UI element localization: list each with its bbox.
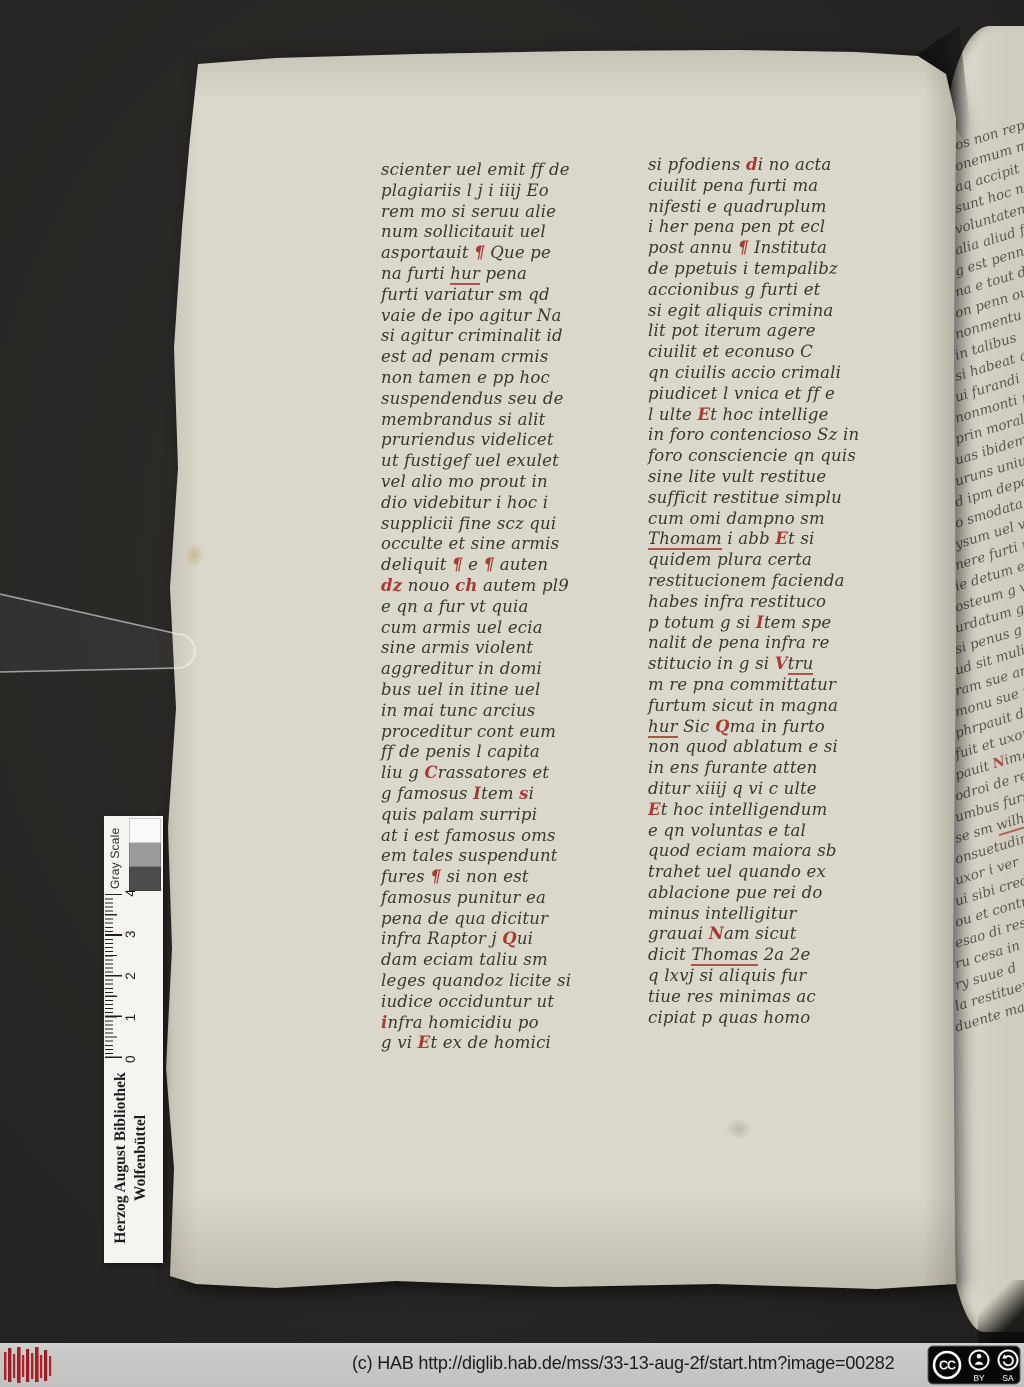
manuscript-line: si pfodiens di no acta bbox=[648, 155, 920, 176]
manuscript-line: aggreditur in domi bbox=[381, 659, 616, 680]
manuscript-line: lit pot iterum agere bbox=[648, 321, 920, 342]
institution-line1: Herzog August Bibliothek bbox=[111, 1057, 131, 1259]
manuscript-line: Et hoc intelligendum bbox=[648, 800, 920, 821]
manuscript-line: foro consciencie qn quis bbox=[648, 446, 920, 467]
gray-patch-white bbox=[129, 818, 161, 843]
manuscript-line: trahet uel quando ex bbox=[648, 862, 920, 883]
manuscript-line: infra Raptor j Qui bbox=[381, 929, 616, 950]
manuscript-line: num sollicitauit uel bbox=[381, 222, 616, 243]
manuscript-line: membrandus si alit bbox=[381, 410, 616, 431]
manuscript-line: furti variatur sm qd bbox=[381, 285, 616, 306]
parchment-surface: scienter uel emit ff deplagiariis l j i … bbox=[156, 48, 958, 1292]
parchment-smudge bbox=[726, 1118, 752, 1140]
manuscript-line: ut fustigef uel exulet bbox=[381, 451, 616, 472]
footer-bar: (c) HAB http://diglib.hab.de/mss/33-13-a… bbox=[0, 1343, 1024, 1387]
ruler-number: 1 bbox=[123, 1014, 138, 1022]
facing-page-text-column: os non repronemum maq accipitsunt hoc no… bbox=[956, 138, 1024, 1041]
manuscript-line: grauai Nam sicut bbox=[648, 924, 920, 945]
manuscript-line: nifesti e quadruplum bbox=[648, 197, 920, 218]
gray-patch-mid bbox=[129, 842, 161, 867]
grayscale-ruler: Herzog August Bibliothek Wolfenbüttel 01… bbox=[104, 816, 163, 1263]
manuscript-line: ciuilit pena furti ma bbox=[648, 176, 920, 197]
manuscript-line: bus uel in itine uel bbox=[381, 680, 616, 701]
manuscript-line: e qn a fur vt quia bbox=[381, 597, 616, 618]
manuscript-line: cum omi dampno sm bbox=[648, 509, 920, 530]
right-text-column: si pfodiens di no actaciuilit pena furti… bbox=[648, 155, 920, 1028]
manuscript-line: e qn voluntas e tal bbox=[648, 821, 920, 842]
manuscript-line: restitucionem facienda bbox=[648, 571, 920, 592]
manuscript-line: fures ¶ si non est bbox=[381, 867, 616, 888]
manuscript-line: furtum sicut in magna bbox=[648, 696, 920, 717]
manuscript-line: proceditur cont eum bbox=[381, 722, 616, 743]
manuscript-line: scienter uel emit ff de bbox=[381, 160, 616, 181]
manuscript-line: occulte et sine armis bbox=[381, 534, 616, 555]
manuscript-line: ablacione pue rei do bbox=[648, 883, 920, 904]
manuscript-line: non tamen e pp hoc bbox=[381, 368, 616, 389]
svg-text:SA: SA bbox=[1002, 1373, 1014, 1383]
manuscript-line: vaie de ipo agitur Na bbox=[381, 306, 616, 327]
manuscript-line: supplicii fine scz qui bbox=[381, 514, 616, 535]
ruler-number: 0 bbox=[123, 1055, 138, 1063]
manuscript-line: sine lite vult restitue bbox=[648, 467, 920, 488]
gray-scale-patches bbox=[129, 819, 161, 891]
manuscript-line: hur Sic Qma in furto bbox=[648, 717, 920, 738]
manuscript-line: m re pna committatur bbox=[648, 675, 920, 696]
manuscript-line: cipiat p quas homo bbox=[648, 1008, 920, 1029]
manuscript-line: stitucio in g si Vtru bbox=[648, 654, 920, 675]
manuscript-line: si egit aliquis crimina bbox=[648, 301, 920, 322]
svg-text:BY: BY bbox=[973, 1373, 985, 1383]
manuscript-line: dz nouo ch autem pl9 bbox=[381, 576, 616, 597]
manuscript-line: pena de qua dicitur bbox=[381, 909, 616, 930]
manuscript-line: i her pena pen pt ecl bbox=[648, 217, 920, 238]
manuscript-line: sufficit restitue simplu bbox=[648, 488, 920, 509]
manuscript-page: scienter uel emit ff deplagiariis l j i … bbox=[156, 48, 958, 1292]
manuscript-line: g vi Et ex de homici bbox=[381, 1033, 616, 1054]
manuscript-line: qn ciuilis accio crimali bbox=[648, 363, 920, 384]
manuscript-line: sine armis violent bbox=[381, 638, 616, 659]
manuscript-line: accionibus g furti et bbox=[648, 280, 920, 301]
manuscript-line: pruriendus videlicet bbox=[381, 430, 616, 451]
manuscript-line: rem mo si seruu alie bbox=[381, 202, 616, 223]
manuscript-line: em tales suspendunt bbox=[381, 846, 616, 867]
ruler-ticks bbox=[105, 894, 122, 1058]
manuscript-line: minus intelligitur bbox=[648, 904, 920, 925]
manuscript-line: famosus punitur ea bbox=[381, 888, 616, 909]
manuscript-line: non quod ablatum e si bbox=[648, 737, 920, 758]
manuscript-line: quis palam surripi bbox=[381, 805, 616, 826]
manuscript-line: habes infra restituco bbox=[648, 592, 920, 613]
cc-license-badge: CC BY SA bbox=[927, 1345, 1021, 1385]
manuscript-line: piudicet l vnica et ff e bbox=[648, 384, 920, 405]
registration-mark-icon bbox=[3, 1346, 53, 1384]
manuscript-line: quod eciam maiora sb bbox=[648, 841, 920, 862]
ruler-number: 3 bbox=[123, 931, 138, 939]
manuscript-line: plagiariis l j i iiij Eo bbox=[381, 181, 616, 202]
digitized-manuscript-scan: os non repronemum maq accipitsunt hoc no… bbox=[0, 0, 1024, 1387]
left-text-column: scienter uel emit ff deplagiariis l j i … bbox=[381, 160, 616, 1054]
manuscript-line: at i est famosus oms bbox=[381, 826, 616, 847]
cover-corner-shadow bbox=[978, 1280, 1024, 1344]
manuscript-line: na furti hur pena bbox=[381, 264, 616, 285]
manuscript-line: dam eciam taliu sm bbox=[381, 950, 616, 971]
manuscript-line: infra homicidiu po bbox=[381, 1013, 616, 1034]
manuscript-line: quidem plura certa bbox=[648, 550, 920, 571]
manuscript-line: post annu ¶ Instituta bbox=[648, 238, 920, 259]
manuscript-line: p totum g si Item spe bbox=[648, 613, 920, 634]
manuscript-line: liu g Crassatores et bbox=[381, 763, 616, 784]
svg-text:CC: CC bbox=[939, 1359, 956, 1373]
manuscript-line: suspendendus seu de bbox=[381, 389, 616, 410]
institution-line2: Wolfenbüttel bbox=[131, 1057, 151, 1259]
manuscript-line: l ulte Et hoc intellige bbox=[648, 405, 920, 426]
manuscript-line: in mai tunc arcius bbox=[381, 701, 616, 722]
manuscript-line: in ens furante atten bbox=[648, 758, 920, 779]
manuscript-line: ditur xiiij q vi c ulte bbox=[648, 779, 920, 800]
attribution-text: (c) HAB http://diglib.hab.de/mss/33-13-a… bbox=[352, 1353, 894, 1374]
ruler-rotated-content: Herzog August Bibliothek Wolfenbüttel 01… bbox=[104, 816, 163, 1263]
manuscript-line: leges quandoz licite si bbox=[381, 971, 616, 992]
manuscript-line: asportauit ¶ Que pe bbox=[381, 243, 616, 264]
manuscript-line: Thomam i abb Et si bbox=[648, 529, 920, 550]
manuscript-line: q lxvj si aliquis fur bbox=[648, 966, 920, 987]
manuscript-line: si agitur criminalit id bbox=[381, 326, 616, 347]
manuscript-line: in foro contencioso Sz in bbox=[648, 425, 920, 446]
manuscript-line: iudice occiduntur ut bbox=[381, 992, 616, 1013]
manuscript-line: vel alio mo prout in bbox=[381, 472, 616, 493]
manuscript-line: nalit de pena infra re bbox=[648, 633, 920, 654]
institution-label: Herzog August Bibliothek Wolfenbüttel bbox=[111, 1057, 151, 1259]
ruler-numbers: 01234 bbox=[123, 889, 138, 1063]
film-strip bbox=[0, 556, 206, 696]
gray-scale-label: Gray Scale bbox=[108, 828, 122, 889]
manuscript-line: de ppetuis i tempalibz bbox=[648, 259, 920, 280]
manuscript-line: est ad penam crmis bbox=[381, 347, 616, 368]
ruler-number: 2 bbox=[123, 972, 138, 980]
manuscript-line: dio videbitur i hoc i bbox=[381, 493, 616, 514]
manuscript-line: dicit Thomas 2a 2e bbox=[648, 945, 920, 966]
manuscript-line: ff de penis l capita bbox=[381, 742, 616, 763]
manuscript-line: deliquit ¶ e ¶ auten bbox=[381, 555, 616, 576]
manuscript-line: g famosus Item si bbox=[381, 784, 616, 805]
manuscript-line: cum armis uel ecia bbox=[381, 618, 616, 639]
manuscript-line: tiue res minimas ac bbox=[648, 987, 920, 1008]
gray-patch-dark bbox=[129, 866, 161, 891]
manuscript-line: ciuilit et econuso C bbox=[648, 342, 920, 363]
